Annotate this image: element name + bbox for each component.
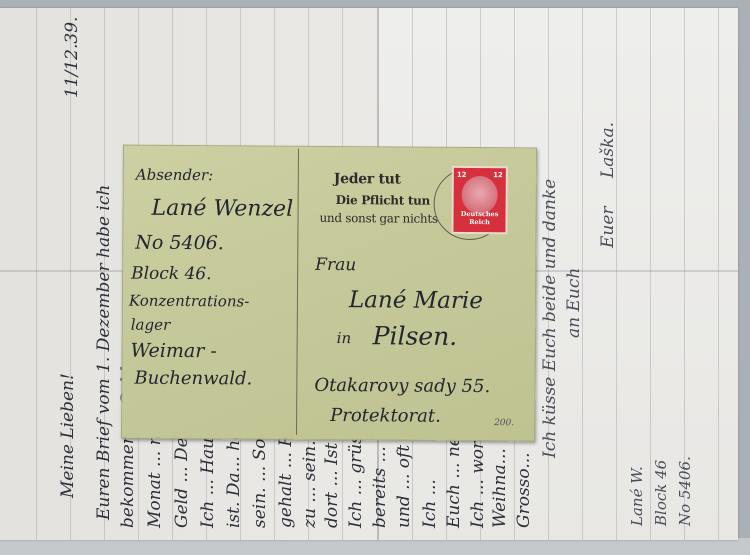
letter-line: Euren Brief vom 1. Dezember habe ich xyxy=(94,185,114,520)
postage-stamp: 12 12 Deutsches Reich xyxy=(453,168,505,232)
recipient-city: Pilsen. xyxy=(373,321,458,351)
sender-camp-line-1: Konzentrations- xyxy=(129,292,249,311)
background-surface xyxy=(0,538,750,555)
stamp-value-left: 12 xyxy=(457,171,467,179)
signature-number: No 5406. xyxy=(676,456,694,526)
stamp-value-right: 12 xyxy=(493,171,503,179)
letter-line: Ich ... xyxy=(420,479,440,528)
sender-block: Block 46. xyxy=(131,264,212,285)
ruled-line xyxy=(36,8,37,540)
sender-name: Lané Wenzel xyxy=(152,196,294,222)
sender-city-line-1: Weimar - xyxy=(131,340,217,363)
recipient-salutation: Frau xyxy=(315,255,356,275)
ruled-line xyxy=(650,8,651,540)
letter-line: Weihna... xyxy=(490,448,510,528)
letter-date: 11/12.39. xyxy=(62,17,82,98)
ruled-line xyxy=(616,8,617,540)
recipient-region: Protektorat. xyxy=(330,405,441,427)
cancellation-slogan-line-2: Die Pflicht tun xyxy=(336,193,430,208)
sender-number: No 5406. xyxy=(135,232,224,255)
letter-closing-line: Ich küsse Euch beide und danke xyxy=(540,179,560,458)
pencil-note: 200. xyxy=(494,418,514,428)
letter-signature: Laška. xyxy=(598,122,618,178)
letter-signoff: Euer xyxy=(598,206,618,248)
letter-line: zu ... sein. xyxy=(300,441,320,529)
cancellation-slogan-line-3: und sonst gar nichts xyxy=(319,211,437,226)
recipient-in: in xyxy=(337,329,352,347)
letter-closing-line: an Euch xyxy=(564,268,584,338)
letter-line: Grosso... xyxy=(514,452,534,528)
cancellation-slogan-line-1: Jeder tut xyxy=(334,171,401,187)
recipient-street: Otakarovy sady 55. xyxy=(314,375,490,397)
envelope: Absender: Lané Wenzel No 5406. Block 46.… xyxy=(121,145,537,442)
sender-label: Absender: xyxy=(136,166,213,185)
signature-name: Lané W. xyxy=(628,466,646,526)
signature-block: Block 46 xyxy=(652,460,670,526)
ruled-line xyxy=(718,8,719,540)
stamp-label: Deutsches Reich xyxy=(455,210,503,226)
recipient-name: Lané Marie xyxy=(349,287,483,314)
letter-greeting: Meine Lieben! xyxy=(58,373,78,498)
stamp-portrait-icon xyxy=(462,176,498,214)
sender-camp-line-2: lager xyxy=(131,316,171,334)
envelope-divider-line xyxy=(296,149,299,435)
sender-city-line-2: Buchenwald. xyxy=(134,368,252,390)
